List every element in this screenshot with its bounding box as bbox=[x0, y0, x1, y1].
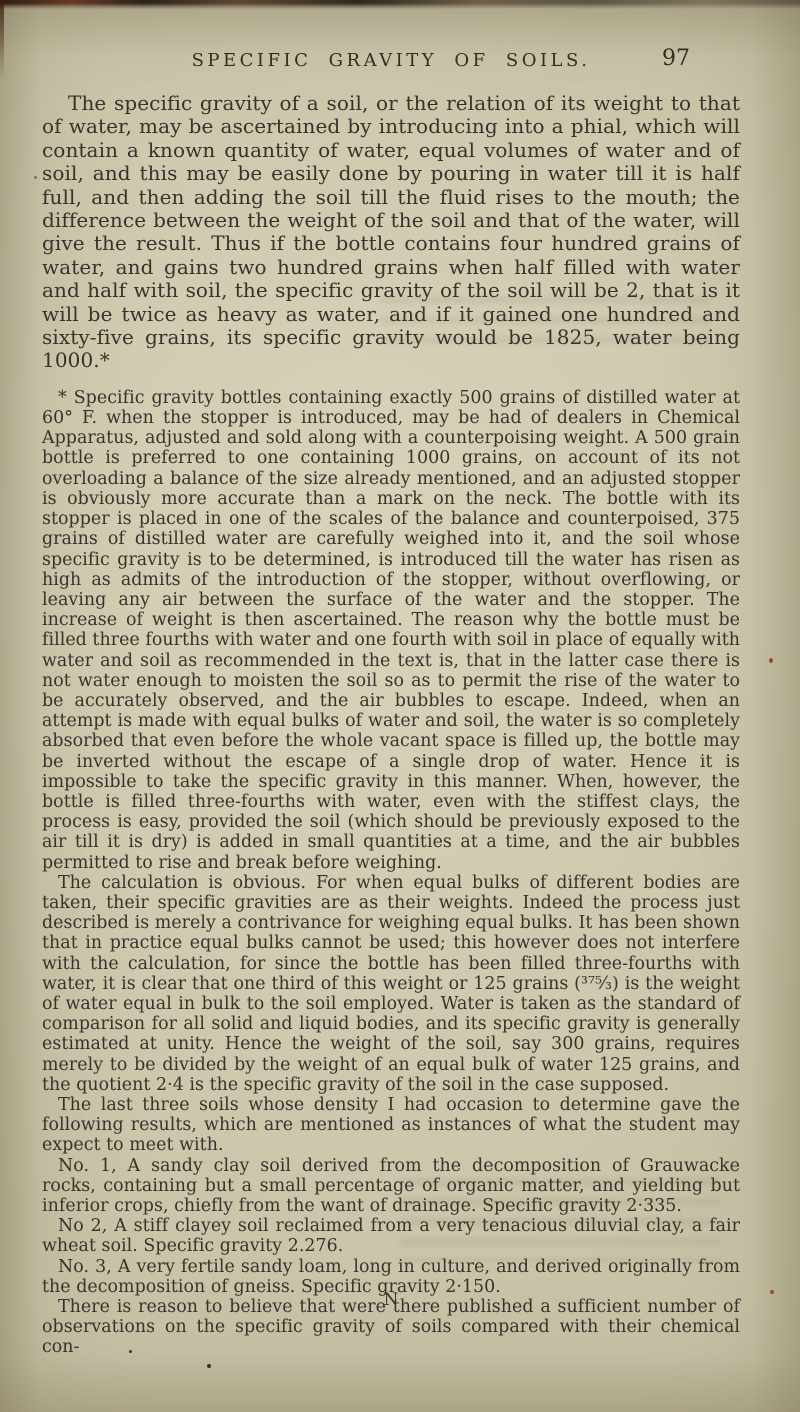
footnote-paragraph: No. 1, A sandy clay soil derived from th… bbox=[42, 1156, 740, 1217]
paper-speck bbox=[207, 1364, 211, 1368]
book-page: SPECIFIC GRAVITY OF SOILS. 97 The specif… bbox=[0, 0, 800, 1412]
running-header-title: SPECIFIC GRAVITY OF SOILS. bbox=[192, 50, 591, 71]
footnote-paragraph: The calculation is obvious. For when equ… bbox=[42, 873, 740, 1095]
footnote-block: * Specific gravity bottles containing ex… bbox=[42, 388, 740, 1358]
scan-edge-top bbox=[0, 0, 800, 9]
scan-edge-left bbox=[0, 0, 4, 80]
paper-speck bbox=[34, 176, 37, 179]
page-number: 97 bbox=[662, 46, 690, 71]
footnote-paragraph: The last three soils whose density I had… bbox=[42, 1095, 740, 1156]
page-header: SPECIFIC GRAVITY OF SOILS. bbox=[42, 50, 740, 71]
main-paragraph: The specific gravity of a soil, or the r… bbox=[42, 92, 740, 373]
footnote-paragraph: No 2, A stiff clayey soil reclaimed from… bbox=[42, 1216, 740, 1256]
paper-speck bbox=[770, 1290, 774, 1294]
footnote-paragraph: * Specific gravity bottles containing ex… bbox=[42, 388, 740, 873]
signature-mark: N bbox=[42, 1290, 740, 1310]
text-block: The specific gravity of a soil, or the r… bbox=[42, 92, 740, 1358]
paper-speck bbox=[769, 658, 773, 663]
